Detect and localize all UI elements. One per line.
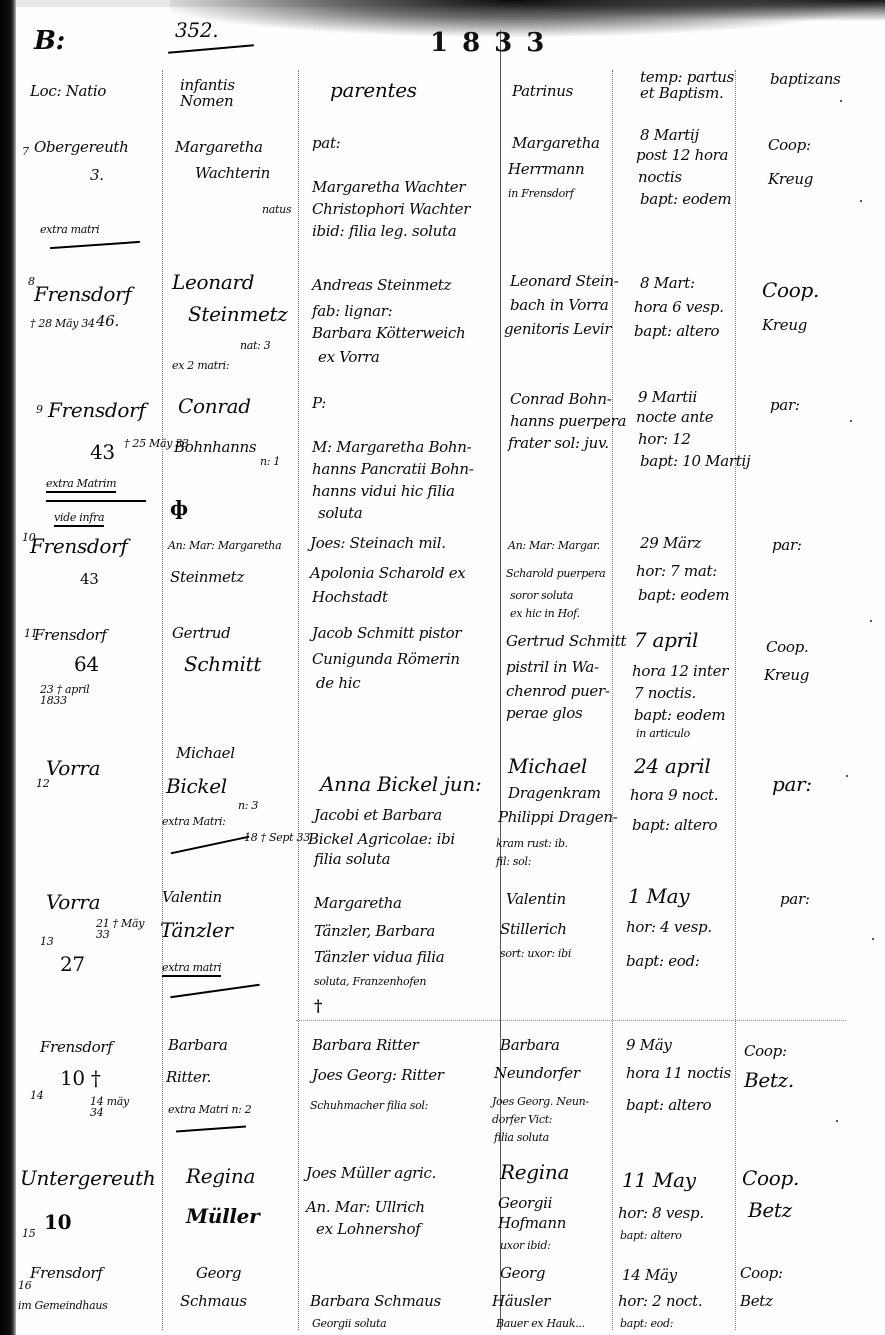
- underline: [46, 500, 146, 502]
- infant-given-name: Valentin: [162, 890, 222, 905]
- baptizer: Kreug: [768, 172, 813, 187]
- time-line: hora 12 inter: [632, 664, 728, 679]
- baptizer: Betz: [740, 1294, 773, 1309]
- godparent-line: Hofmann: [498, 1216, 566, 1231]
- register-page: B: 352. 1833 Loc: Natio infantis Nomen p…: [0, 0, 885, 1335]
- parents-line: Apolonia Scharold ex: [310, 566, 465, 581]
- godparent-line: Conrad Bohn-: [510, 392, 612, 407]
- parents-line: soluta, Franzenhofen: [314, 976, 426, 987]
- parents-line: Tänzler vidua filia: [314, 950, 444, 965]
- column-header-time: temp: partus et Baptism.: [640, 70, 745, 102]
- parents-line: Margaretha: [314, 896, 402, 911]
- godparent-line: chenrod puer-: [506, 684, 610, 699]
- godparent-line: dorfer Vict:: [492, 1114, 552, 1125]
- parents-line: Barbara Schmaus: [310, 1294, 441, 1309]
- parents-line: Hochstadt: [312, 590, 388, 605]
- page-number-underline: [168, 44, 254, 53]
- scan-speck: [850, 420, 852, 422]
- scan-speck: [872, 938, 874, 940]
- house-number: 64: [74, 654, 99, 674]
- birthplace: Frensdorf: [40, 1040, 112, 1055]
- godparent-line: uxor ibid:: [500, 1240, 551, 1251]
- entry-number: 14: [30, 1090, 43, 1101]
- time-line: hor: 2 noct.: [618, 1294, 702, 1309]
- scan-speck: [840, 100, 842, 102]
- birthplace: Untergereuth: [20, 1168, 155, 1188]
- godparent-line: Margaretha: [512, 136, 600, 151]
- parents-line: Bickel Agricolae: ibi: [308, 832, 455, 847]
- underline: [171, 836, 250, 855]
- section-letter: B:: [34, 28, 65, 54]
- godparent-line: hanns puerpera: [510, 414, 626, 429]
- marginal-note: vide infra: [54, 512, 104, 527]
- house-number: 3.: [90, 168, 104, 183]
- time-line: bapt: eodem: [634, 708, 725, 723]
- time-line: 29 März: [640, 536, 701, 551]
- infant-given-name: Barbara: [168, 1038, 228, 1053]
- infant-surname: Steinmetz: [188, 304, 288, 324]
- column-header-infant: infantis Nomen: [180, 78, 260, 110]
- infant-surname: Bohnhanns: [174, 440, 256, 455]
- time-line: bapt: altero: [620, 1230, 682, 1241]
- infant-note: extra Matri n: 2: [168, 1104, 251, 1115]
- parents-line: Jacobi et Barbara: [314, 808, 442, 823]
- parents-line: Schuhmacher filia sol:: [310, 1100, 428, 1111]
- birthplace: Frensdorf: [34, 628, 106, 643]
- time-line: hor: 7 mat:: [636, 564, 717, 579]
- parents-line: Tänzler, Barbara: [314, 924, 435, 939]
- godparent-line: genitoris Levir: [504, 322, 611, 337]
- underline: [50, 241, 140, 249]
- parents-line: pat:: [312, 136, 340, 151]
- entry-number: 15: [22, 1228, 35, 1239]
- column-header-loc: Loc: Natio: [30, 84, 106, 99]
- infant-surname: Wachterin: [195, 166, 270, 181]
- time-line: bapt: 10 Martij: [640, 454, 750, 469]
- death-note: 21 † Mäy 33: [96, 918, 152, 940]
- parents-line: An. Mar: Ullrich: [306, 1200, 425, 1215]
- time-line: bapt: altero: [632, 818, 717, 833]
- infant-note: nat: 3: [240, 340, 270, 351]
- parents-line: hanns Pancratii Bohn-: [312, 462, 473, 477]
- infant-given-name: Leonard: [172, 272, 254, 292]
- godparent-line: Gertrud Schmitt: [506, 634, 626, 649]
- marginal-note: extra Matrim: [46, 478, 116, 493]
- entry-number: 7: [22, 146, 29, 157]
- parents-line: Georgii soluta: [312, 1318, 386, 1329]
- godparent-line: An: Mar: Margar.: [508, 540, 600, 551]
- underline: [170, 984, 259, 999]
- time-line: 8 Martij: [640, 128, 699, 143]
- parents-line: Joes Müller agric.: [306, 1166, 436, 1181]
- row-divider: [296, 1020, 846, 1021]
- birthplace: Vorra: [46, 892, 100, 912]
- parents-line: Joes: Steinach mil.: [310, 536, 446, 551]
- godparent-line: Bauer ex Hauk...: [496, 1318, 585, 1329]
- column-divider: [735, 70, 736, 1330]
- infant-given-name: Regina: [186, 1166, 255, 1186]
- infant-surname: Müller: [186, 1206, 259, 1226]
- birthplace-detail: im Gemeindhaus: [18, 1300, 108, 1311]
- godparent-line: kram rust: ib.: [496, 838, 568, 849]
- time-line: 9 Mäy: [626, 1038, 672, 1053]
- parents-line: fab: lignar:: [312, 304, 392, 319]
- birthplace: Frensdorf: [30, 1266, 102, 1281]
- time-line: 14 Mäy: [622, 1268, 677, 1283]
- page-number: 352.: [175, 20, 218, 40]
- infant-surname: Tänzler: [160, 920, 233, 940]
- infant-note: extra matri: [162, 962, 221, 977]
- godparent-line: Häusler: [492, 1294, 550, 1309]
- baptizer: par:: [772, 538, 802, 553]
- infant-surname: Steinmetz: [170, 570, 244, 585]
- scan-speck: [846, 775, 848, 777]
- baptizer: par:: [770, 398, 800, 413]
- godparent-line: pistril in Wa-: [506, 660, 599, 675]
- godparent-line: Stillerich: [500, 922, 567, 937]
- house-number: 43: [80, 572, 99, 587]
- scan-speck: [870, 620, 872, 622]
- time-line: bapt: altero: [634, 324, 719, 339]
- godparent-line: perae glos: [506, 706, 582, 721]
- parents-line: soluta: [318, 506, 362, 521]
- parents-line: Anna Bickel jun:: [320, 774, 481, 794]
- time-line: hor: 12: [638, 432, 691, 447]
- baptizer: Coop:: [740, 1266, 783, 1281]
- parents-line: Cunigunda Römerin: [312, 652, 460, 667]
- godparent-line: Regina: [500, 1162, 569, 1182]
- parents-line: Margaretha Wachter: [312, 180, 465, 195]
- infant-given-name: Conrad: [178, 396, 251, 416]
- parents-line: P:: [312, 396, 326, 411]
- baptizer: Kreug: [764, 668, 809, 683]
- infant-note: extra Matri:: [162, 816, 226, 827]
- parents-line: ex Lohnershof: [316, 1222, 421, 1237]
- baptizer: par:: [780, 892, 810, 907]
- parents-line: ex Vorra: [318, 350, 379, 365]
- time-line: 7 noctis.: [634, 686, 696, 701]
- baptizer: Betz.: [744, 1070, 794, 1090]
- column-header-godparents: Patrinus: [512, 84, 573, 99]
- time-line: hora 6 vesp.: [634, 300, 724, 315]
- godparent-line: soror soluta: [510, 590, 573, 601]
- time-line: bapt: eodem: [640, 192, 731, 207]
- godparent-line: Herrmann: [508, 162, 584, 177]
- house-number: 10: [44, 1212, 71, 1232]
- entry-number: 9: [36, 404, 43, 415]
- time-line: hora 9 noct.: [630, 788, 718, 803]
- godparent-line: sort: uxor: ibi: [500, 948, 571, 959]
- godparent-line: Georg: [500, 1266, 545, 1281]
- reference-mark-icon: ф: [170, 496, 188, 520]
- baptizer: Betz: [748, 1200, 792, 1220]
- infant-given-name: Michael: [176, 746, 235, 761]
- infant-note: ex 2 matri:: [172, 360, 229, 371]
- baptizer: Coop:: [768, 138, 811, 153]
- death-note: † 28 Mäy 34: [30, 318, 95, 329]
- godparent-line: Joes Georg. Neun-: [492, 1096, 589, 1107]
- house-number: 46.: [96, 314, 119, 329]
- infant-given-name: An: Mar: Margaretha: [168, 540, 281, 551]
- time-line: in articulo: [636, 728, 690, 739]
- column-header-parents: parentes: [330, 80, 417, 100]
- time-line: bapt: eod:: [626, 954, 700, 969]
- infant-surname: Bickel: [166, 776, 227, 796]
- column-header-baptizer: baptizans: [770, 72, 840, 87]
- column-divider: [298, 70, 299, 1330]
- parents-line: M: Margaretha Bohn-: [312, 440, 471, 455]
- godparent-line: Scharold puerpera: [506, 568, 605, 579]
- death-note: 14 mäy 34: [90, 1096, 140, 1118]
- time-line: hor: 8 vesp.: [618, 1206, 704, 1221]
- parents-line: Jacob Schmitt pistor: [312, 626, 461, 641]
- time-line: 9 Martii: [638, 390, 697, 405]
- baptizer: Coop.: [742, 1168, 799, 1188]
- time-line: bapt: eod:: [620, 1318, 673, 1329]
- baptizer: Kreug: [762, 318, 807, 333]
- death-note: 18 † Sept 33.: [244, 832, 313, 843]
- parents-line: Barbara Kötterweich: [312, 326, 465, 341]
- baptizer: Coop.: [766, 640, 808, 655]
- infant-note: n: 3: [238, 800, 258, 811]
- time-line: nocte ante: [636, 410, 713, 425]
- time-line: bapt: eodem: [638, 588, 729, 603]
- death-note: 23 † april 1833: [40, 684, 110, 706]
- godparent-line: frater sol: juv.: [508, 436, 609, 451]
- house-number: 27: [60, 954, 85, 974]
- infant-given-name: Gertrud: [172, 626, 230, 641]
- parents-line: ibid: filia leg. soluta: [312, 224, 456, 239]
- parents-line: filia soluta: [314, 852, 390, 867]
- birthplace: Frensdorf: [34, 284, 132, 304]
- time-line: 1 May: [628, 886, 689, 906]
- infant-given-name: Margaretha: [175, 140, 263, 155]
- time-line: 24 april: [634, 756, 711, 776]
- godparent-line: Valentin: [506, 892, 566, 907]
- death-cross-icon: †: [314, 996, 322, 1015]
- godparent-line: Leonard Stein-: [510, 274, 619, 289]
- time-line: noctis: [638, 170, 682, 185]
- godparent-line: Michael: [508, 756, 587, 776]
- godparent-line: ex hic in Hof.: [510, 608, 580, 619]
- godparent-line: Dragenkram: [508, 786, 601, 801]
- column-divider: [612, 70, 613, 1330]
- infant-note: n: 1: [260, 456, 280, 467]
- parents-line: hanns vidui hic filia: [312, 484, 455, 499]
- infant-note: natus: [262, 204, 291, 215]
- birthplace: Frensdorf: [48, 400, 146, 420]
- scan-speck: [836, 1120, 838, 1122]
- parents-line: Christophori Wachter: [312, 202, 470, 217]
- birthplace: Frensdorf: [30, 536, 128, 556]
- parents-line: Barbara Ritter: [312, 1038, 419, 1053]
- scan-speck: [860, 200, 862, 202]
- time-line: hor: 4 vesp.: [626, 920, 712, 935]
- time-line: bapt: altero: [626, 1098, 711, 1113]
- column-divider: [162, 70, 163, 1330]
- house-number: 43: [90, 442, 115, 462]
- time-line: post 12 hora: [636, 148, 728, 163]
- marginal-note: extra matri: [40, 224, 99, 235]
- time-line: hora 11 noctis: [626, 1066, 731, 1081]
- godparent-line: Philippi Dragen-: [498, 810, 617, 825]
- birthplace: Obergereuth: [34, 140, 129, 155]
- baptizer: par:: [772, 774, 812, 794]
- underline: [176, 1126, 246, 1133]
- infant-given-name: Georg: [196, 1266, 241, 1281]
- godparent-line: Barbara: [500, 1038, 560, 1053]
- parents-line: Joes Georg: Ritter: [312, 1068, 444, 1083]
- baptizer: Coop:: [744, 1044, 787, 1059]
- godparent-line: Georgii: [498, 1196, 552, 1211]
- infant-surname: Schmaus: [180, 1294, 247, 1309]
- godparent-line: fil: sol:: [496, 856, 531, 867]
- birthplace: Vorra: [46, 758, 100, 778]
- godparent-line: filia soluta: [494, 1132, 549, 1143]
- time-line: 8 Mart:: [640, 276, 695, 291]
- parents-line: de hic: [316, 676, 360, 691]
- entry-number: 13: [40, 936, 53, 947]
- infant-surname: Schmitt: [184, 654, 261, 674]
- time-line: 7 april: [634, 630, 698, 650]
- time-line: 11 May: [622, 1170, 696, 1190]
- godparent-line: in Frensdorf: [508, 188, 574, 199]
- godparent-line: Neundorfer: [494, 1066, 580, 1081]
- parents-line: Andreas Steinmetz: [312, 278, 451, 293]
- baptizer: Coop.: [762, 280, 819, 300]
- house-number: 10 †: [60, 1068, 101, 1088]
- infant-surname: Ritter.: [166, 1070, 211, 1085]
- godparent-line: bach in Vorra: [510, 298, 608, 313]
- binding-edge: [0, 0, 16, 1335]
- year: 1833: [430, 30, 558, 56]
